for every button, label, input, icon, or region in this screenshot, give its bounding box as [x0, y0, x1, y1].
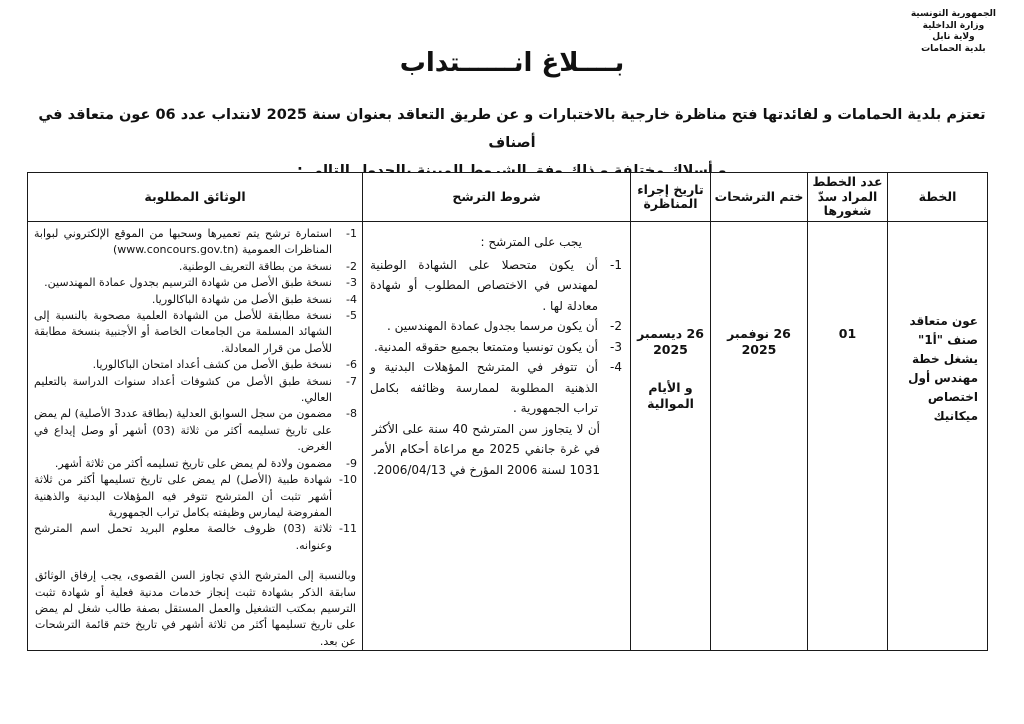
- documents-cell: 1- استمارة ترشح يتم تعميرها وسحبها من ال…: [28, 222, 363, 651]
- documents-list: 1- استمارة ترشح يتم تعميرها وسحبها من ال…: [34, 226, 357, 554]
- item-text: نسخة من بطاقة التعريف الوطنية.: [34, 259, 332, 275]
- list-item: 4- نسخة طبق الأصل من شهادة الباكالوريا.: [34, 292, 357, 308]
- letterhead-line-governorate: ولاية نابل: [911, 32, 996, 44]
- exam-date-following-days: و الأيام الموالية: [631, 380, 710, 412]
- exam-date-cell: 26 ديسمبر 2025 و الأيام الموالية: [631, 222, 711, 651]
- list-item: 4- أن تتوفر في المترشح المؤهلات البدنية …: [370, 357, 622, 419]
- item-number: 6-: [332, 357, 357, 373]
- item-text: ثلاثة (03) ظروف خالصة معلوم البريد تحمل …: [34, 521, 332, 554]
- list-item: 8- مضمون من سجل السوابق العدلية (بطاقة ع…: [34, 406, 357, 455]
- table-row: عون متعاقد صنف "أ1" يشغل خطة مهندس أول ا…: [28, 222, 988, 651]
- col-header-conditions: شروط الترشح: [363, 173, 631, 222]
- item-number: 3-: [332, 275, 357, 291]
- item-text: مضمون من سجل السوابق العدلية (بطاقة عدد3…: [34, 406, 332, 455]
- letterhead-line-republic: الجمهورية التونسية: [911, 9, 996, 21]
- item-number: 4-: [332, 292, 357, 308]
- conditions-list: 1- أن يكون متحصلا على الشهادة الوطنية لم…: [370, 255, 622, 419]
- recruitment-table: الخطة عدد الخطط المراد سدّ شغورها ختم ال…: [27, 172, 988, 651]
- list-item: 2- نسخة من بطاقة التعريف الوطنية.: [34, 259, 357, 275]
- item-text: نسخة طبق الأصل من شهادة الباكالوريا.: [34, 292, 332, 308]
- list-item: 3- أن يكون تونسيا ومتمتعا بجميع حقوقه ال…: [370, 337, 622, 358]
- position-cell: عون متعاقد صنف "أ1" يشغل خطة مهندس أول ا…: [888, 222, 988, 651]
- item-text: أن يكون تونسيا ومتمتعا بجميع حقوقه المدن…: [370, 337, 598, 358]
- item-text: نسخة طبق الأصل من كشف أعداد امتحان الباك…: [34, 357, 332, 373]
- item-number: 2-: [598, 316, 622, 337]
- list-item: 9- مضمون ولادة لم يمض على تاريخ تسليمه أ…: [34, 456, 357, 472]
- exam-date-value: 26 ديسمبر 2025: [631, 326, 710, 358]
- conditions-intro: يجب على المترشح :: [370, 232, 582, 253]
- item-text: شهادة طبية (الأصل) لم يمض على تاريخ تسلي…: [34, 472, 332, 521]
- positions-count-cell: 01: [808, 222, 888, 651]
- item-text: مضمون ولادة لم يمض على تاريخ تسليمه أكثر…: [34, 456, 332, 472]
- closing-date-cell: 26 نوفمبر 2025: [711, 222, 808, 651]
- item-number: 10-: [332, 472, 357, 488]
- item-text: أن تتوفر في المترشح المؤهلات البدنية و ا…: [370, 357, 598, 419]
- item-text: نسخة طبق الأصل من شهادة الترسيم بجدول عم…: [34, 275, 332, 291]
- list-item: 1- أن يكون متحصلا على الشهادة الوطنية لم…: [370, 255, 622, 317]
- item-number: 2-: [332, 259, 357, 275]
- list-item: 6- نسخة طبق الأصل من كشف أعداد امتحان ال…: [34, 357, 357, 373]
- item-number: 5-: [332, 308, 357, 324]
- page-title: بــــلاغ انــــــتداب: [0, 48, 1024, 78]
- documents-over-age-note: وبالنسبة إلى المترشح الذي تجاوز السن الق…: [35, 568, 356, 650]
- list-item: 3- نسخة طبق الأصل من شهادة الترسيم بجدول…: [34, 275, 357, 291]
- conditions-age-note: أن لا يتجاوز سن المترشح 40 سنة على الأكث…: [372, 419, 600, 481]
- col-header-positions-count: عدد الخطط المراد سدّ شغورها: [808, 173, 888, 222]
- item-text: أن يكون متحصلا على الشهادة الوطنية لمهند…: [370, 255, 598, 317]
- item-text: نسخة طبق الأصل من كشوفات أعداد سنوات الد…: [34, 374, 332, 407]
- col-header-exam-date: تاريخ إجراء المناظرة: [631, 173, 711, 222]
- item-number: 1-: [332, 226, 357, 242]
- list-item: 11- ثلاثة (03) ظروف خالصة معلوم البريد ت…: [34, 521, 357, 554]
- list-item: 10- شهادة طبية (الأصل) لم يمض على تاريخ …: [34, 472, 357, 521]
- item-number: 9-: [332, 456, 357, 472]
- item-number: 1-: [598, 255, 622, 276]
- item-number: 3-: [598, 337, 622, 358]
- document-page: الجمهورية التونسية وزارة الداخلية ولاية …: [0, 0, 1024, 724]
- intro-line-1: تعتزم بلدية الحمامات و لفائدتها فتح مناظ…: [26, 101, 998, 157]
- list-item: 7- نسخة طبق الأصل من كشوفات أعداد سنوات …: [34, 374, 357, 407]
- item-number: 7-: [332, 374, 357, 390]
- list-item: 1- استمارة ترشح يتم تعميرها وسحبها من ال…: [34, 226, 357, 259]
- col-header-closing-date: ختم الترشحات: [711, 173, 808, 222]
- col-header-documents: الوثائق المطلوبة: [28, 173, 363, 222]
- item-number: 11-: [332, 521, 357, 537]
- conditions-cell: يجب على المترشح : 1- أن يكون متحصلا على …: [363, 222, 631, 651]
- item-number: 4-: [598, 357, 622, 378]
- list-item: 2- أن يكون مرسما بجدول عمادة المهندسين .: [370, 316, 622, 337]
- letterhead-line-ministry: وزارة الداخلية: [911, 21, 996, 33]
- item-number: 8-: [332, 406, 357, 422]
- item-text: أن يكون مرسما بجدول عمادة المهندسين .: [370, 316, 598, 337]
- col-header-position: الخطة: [888, 173, 988, 222]
- item-text: استمارة ترشح يتم تعميرها وسحبها من الموق…: [34, 226, 332, 259]
- item-text: نسخة مطابقة للأصل من الشهادة العلمية مصح…: [34, 308, 332, 357]
- list-item: 5- نسخة مطابقة للأصل من الشهادة العلمية …: [34, 308, 357, 357]
- table-header-row: الخطة عدد الخطط المراد سدّ شغورها ختم ال…: [28, 173, 988, 222]
